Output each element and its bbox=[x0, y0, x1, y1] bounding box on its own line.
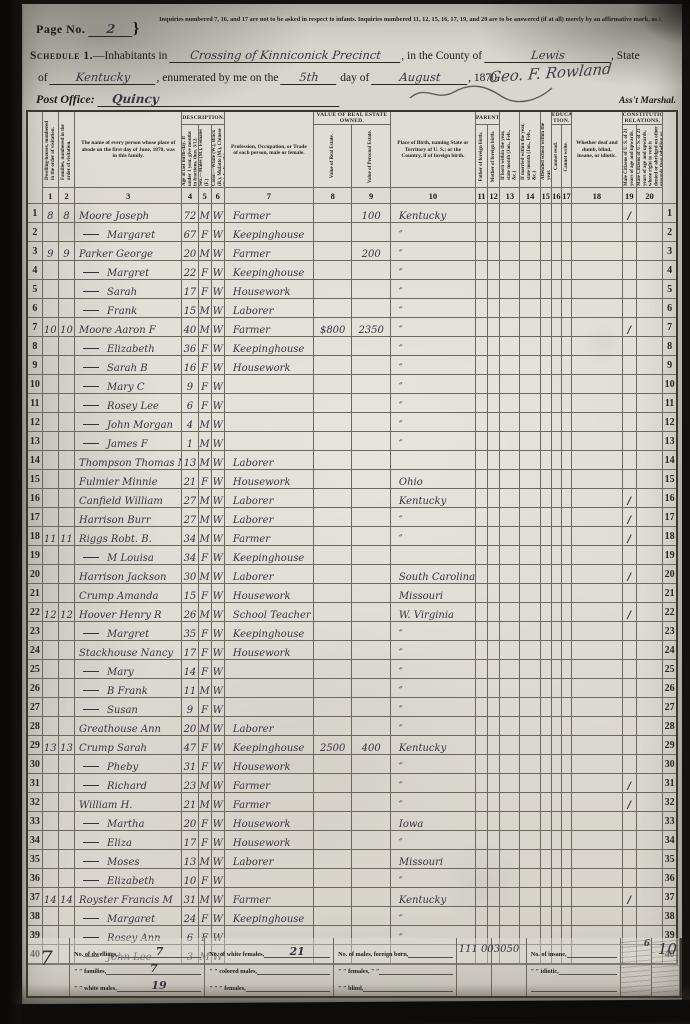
cannot-write-cell bbox=[561, 850, 571, 869]
row-number-cell-right: 7 bbox=[663, 318, 677, 337]
sex-cell: M bbox=[198, 204, 211, 223]
cannot-write-cell bbox=[561, 717, 571, 736]
family-cell bbox=[58, 280, 74, 299]
citizen-mark-cell bbox=[622, 299, 636, 318]
vote-denied-cell bbox=[636, 318, 662, 337]
born-month-cell bbox=[500, 717, 520, 736]
birthplace-cell: ″ bbox=[390, 318, 475, 337]
born-month-cell bbox=[500, 356, 520, 375]
dwelling-cell bbox=[42, 755, 58, 774]
real-estate-cell bbox=[313, 812, 351, 831]
family-cell bbox=[58, 299, 74, 318]
sex-cell: F bbox=[198, 280, 211, 299]
family-cell bbox=[58, 717, 74, 736]
occupation-cell bbox=[224, 432, 313, 451]
color-cell: W bbox=[211, 432, 224, 451]
citizen-mark-cell: / bbox=[622, 318, 636, 337]
occupation-cell: Housework bbox=[224, 584, 313, 603]
personal-estate-cell bbox=[352, 280, 390, 299]
real-estate-cell bbox=[313, 299, 351, 318]
dwelling-cell bbox=[42, 660, 58, 679]
vote-denied-cell bbox=[636, 356, 662, 375]
group-value: VALUE OF REAL ESTATE OWNED. bbox=[313, 111, 390, 125]
color-cell: W bbox=[211, 337, 224, 356]
cannot-read-cell bbox=[551, 717, 561, 736]
occupation-cell: Housework bbox=[224, 356, 313, 375]
form-instructions: Inquiries numbered 7, 16, and 17 are not… bbox=[158, 16, 663, 25]
school-cell bbox=[540, 907, 551, 926]
personal-estate-cell bbox=[352, 850, 390, 869]
cannot-read-cell bbox=[551, 299, 561, 318]
birthplace-cell: ″ bbox=[390, 869, 475, 888]
sex-cell: F bbox=[198, 375, 211, 394]
row-number-cell-right: 17 bbox=[663, 508, 677, 527]
row-number-cell: 1 bbox=[27, 204, 42, 223]
vote-denied-cell bbox=[636, 223, 662, 242]
school-cell bbox=[540, 470, 551, 489]
color-cell: W bbox=[211, 679, 224, 698]
cannot-write-cell bbox=[561, 280, 571, 299]
family-cell bbox=[58, 793, 74, 812]
occupation-cell bbox=[224, 698, 313, 717]
born-month-cell bbox=[500, 337, 520, 356]
vote-denied-cell bbox=[636, 242, 662, 261]
born-month-cell bbox=[500, 204, 520, 223]
family-cell bbox=[58, 394, 74, 413]
tally-value: 7 bbox=[106, 963, 201, 975]
dwelling-cell bbox=[42, 774, 58, 793]
dwelling-cell bbox=[42, 546, 58, 565]
cannot-write-cell bbox=[561, 489, 571, 508]
tally-value bbox=[567, 957, 617, 958]
birthplace-cell bbox=[390, 546, 475, 565]
disability-cell bbox=[572, 831, 623, 850]
family-cell bbox=[58, 869, 74, 888]
personal-estate-cell bbox=[352, 869, 390, 888]
disability-cell bbox=[572, 527, 623, 546]
cannot-write-cell bbox=[561, 584, 571, 603]
name-cell: William H. bbox=[75, 793, 182, 812]
cannot-write-cell bbox=[561, 660, 571, 679]
school-cell bbox=[540, 622, 551, 641]
married-month-cell bbox=[520, 204, 540, 223]
vote-denied-cell bbox=[636, 508, 662, 527]
born-month-cell bbox=[500, 831, 520, 850]
tally-value bbox=[379, 974, 452, 975]
personal-estate-cell: 400 bbox=[352, 736, 390, 755]
table-row: 11Rosey Lee6FW″11 bbox=[27, 394, 677, 413]
sex-cell: M bbox=[198, 451, 211, 470]
cannot-read-cell bbox=[551, 508, 561, 527]
citizen-mark-cell bbox=[622, 869, 636, 888]
citizen-mark-cell bbox=[622, 280, 636, 299]
sex-cell: F bbox=[198, 622, 211, 641]
col-vote-denied-header: Male Citizens of U. S. of 21 years of ag… bbox=[636, 125, 662, 188]
dwelling-cell: 12 bbox=[42, 603, 58, 622]
married-month-cell bbox=[520, 755, 540, 774]
cannot-write-cell bbox=[561, 679, 571, 698]
age-cell: 20 bbox=[182, 717, 198, 736]
name-cell: Rosey Lee bbox=[75, 394, 182, 413]
page-no-value: 2 bbox=[88, 22, 134, 37]
born-month-cell bbox=[500, 736, 520, 755]
row-number-cell-right: 32 bbox=[663, 793, 677, 812]
citizen-mark-cell: / bbox=[622, 774, 636, 793]
color-cell: W bbox=[211, 527, 224, 546]
real-estate-cell bbox=[313, 356, 351, 375]
age-cell: 17 bbox=[182, 280, 198, 299]
citizen-mark-cell bbox=[622, 584, 636, 603]
father-foreign-cell bbox=[475, 375, 487, 394]
born-month-cell bbox=[500, 774, 520, 793]
married-month-cell bbox=[520, 907, 540, 926]
color-cell: W bbox=[211, 204, 224, 223]
column-number: 7 bbox=[224, 188, 313, 204]
sex-cell: M bbox=[198, 717, 211, 736]
age-cell: 9 bbox=[182, 698, 198, 717]
dwelling-cell bbox=[42, 223, 58, 242]
tally-label: ″ ″ females, ″ ″ bbox=[338, 968, 379, 975]
father-foreign-cell bbox=[475, 565, 487, 584]
group-parentage: PARENTAGE. bbox=[475, 111, 499, 125]
citizen-mark-cell: / bbox=[622, 565, 636, 584]
ditto-dash bbox=[83, 633, 99, 634]
citizen-mark-cell bbox=[622, 831, 636, 850]
birthplace-cell: ″ bbox=[390, 432, 475, 451]
mother-foreign-cell bbox=[488, 679, 500, 698]
dwelling-cell bbox=[42, 413, 58, 432]
married-month-cell bbox=[520, 603, 540, 622]
school-cell bbox=[540, 204, 551, 223]
row-number-cell-right: 35 bbox=[663, 850, 677, 869]
row-number-cell: 33 bbox=[27, 812, 42, 831]
name-cell: Crump Amanda bbox=[75, 584, 182, 603]
row-number-cell: 27 bbox=[27, 698, 42, 717]
real-estate-cell bbox=[313, 470, 351, 489]
sex-cell: M bbox=[198, 774, 211, 793]
table-row: 371414Royster Francis M31MWFarmerKentuck… bbox=[27, 888, 677, 907]
column-number: 19 bbox=[622, 188, 636, 204]
mother-foreign-cell bbox=[488, 451, 500, 470]
sex-cell: F bbox=[198, 470, 211, 489]
mother-foreign-cell bbox=[488, 736, 500, 755]
sex-cell: M bbox=[198, 413, 211, 432]
personal-estate-cell bbox=[352, 812, 390, 831]
birthplace-cell: Iowa bbox=[390, 812, 475, 831]
name-cell: Moore Joseph bbox=[75, 204, 182, 223]
col-disability-header: Whether deaf and dumb, blind, insane, or… bbox=[572, 111, 623, 188]
column-number: 18 bbox=[572, 188, 623, 204]
birthplace-cell: ″ bbox=[390, 774, 475, 793]
father-foreign-cell bbox=[475, 337, 487, 356]
married-month-cell bbox=[520, 318, 540, 337]
married-month-cell bbox=[520, 641, 540, 660]
father-foreign-cell bbox=[475, 641, 487, 660]
occupation-cell: Farmer bbox=[224, 888, 313, 907]
occupation-cell bbox=[224, 375, 313, 394]
row-number-cell: 28 bbox=[27, 717, 42, 736]
citizen-mark-cell bbox=[622, 223, 636, 242]
dwelling-cell bbox=[42, 451, 58, 470]
real-estate-cell bbox=[313, 793, 351, 812]
row-number-cell: 7 bbox=[27, 318, 42, 337]
dwelling-cell bbox=[42, 812, 58, 831]
row-number-cell: 35 bbox=[27, 850, 42, 869]
mother-foreign-cell bbox=[488, 204, 500, 223]
father-foreign-cell bbox=[475, 223, 487, 242]
born-month-cell bbox=[500, 261, 520, 280]
mother-foreign-cell bbox=[488, 470, 500, 489]
name-cell: Pheby bbox=[75, 755, 182, 774]
table-row: 71010Moore Aaron F40MWFarmer$8002350″/7 bbox=[27, 318, 677, 337]
dwelling-cell bbox=[42, 508, 58, 527]
family-cell bbox=[58, 375, 74, 394]
marshal-label: Ass't Marshal. bbox=[619, 96, 676, 106]
real-estate-cell bbox=[313, 375, 351, 394]
personal-estate-cell bbox=[352, 793, 390, 812]
row-number-cell-right: 19 bbox=[663, 546, 677, 565]
real-estate-cell bbox=[313, 641, 351, 660]
married-month-cell bbox=[520, 812, 540, 831]
occupation-cell bbox=[224, 394, 313, 413]
real-estate-cell bbox=[313, 242, 351, 261]
scan-left-edge bbox=[0, 0, 24, 1024]
personal-estate-cell bbox=[352, 489, 390, 508]
row-number-cell-right: 10 bbox=[663, 375, 677, 394]
school-cell bbox=[540, 223, 551, 242]
dayof-label: day of bbox=[340, 72, 369, 84]
mother-foreign-cell bbox=[488, 850, 500, 869]
occupation-cell: Farmer bbox=[224, 793, 313, 812]
age-cell: 21 bbox=[182, 793, 198, 812]
tally-margin-value: 7 bbox=[40, 946, 53, 970]
disability-cell bbox=[572, 242, 623, 261]
father-foreign-cell bbox=[475, 603, 487, 622]
disability-cell bbox=[572, 470, 623, 489]
tally-alt-value: 6 bbox=[644, 939, 650, 949]
row-number-cell-right: 13 bbox=[663, 432, 677, 451]
age-cell: 26 bbox=[182, 603, 198, 622]
column-number: 8 bbox=[313, 188, 351, 204]
cannot-read-cell bbox=[551, 337, 561, 356]
disability-cell bbox=[572, 451, 623, 470]
citizen-mark-cell bbox=[622, 451, 636, 470]
row-number-cell: 32 bbox=[27, 793, 42, 812]
table-row: 27Susan9FW″27 bbox=[27, 698, 677, 717]
school-cell bbox=[540, 774, 551, 793]
col-birthplace-header: Place of Birth, naming State or Territor… bbox=[390, 111, 475, 188]
vote-denied-cell bbox=[636, 375, 662, 394]
cannot-write-cell bbox=[561, 470, 571, 489]
family-cell bbox=[58, 261, 74, 280]
vote-denied-cell bbox=[636, 299, 662, 318]
row-number-cell-right: 34 bbox=[663, 831, 677, 850]
occupation-cell: Farmer bbox=[224, 242, 313, 261]
cannot-read-cell bbox=[551, 223, 561, 242]
born-month-cell bbox=[500, 698, 520, 717]
cannot-write-cell bbox=[561, 793, 571, 812]
cannot-read-cell bbox=[551, 527, 561, 546]
married-month-cell bbox=[520, 869, 540, 888]
row-number-cell-right: 15 bbox=[663, 470, 677, 489]
col-color-header: Color.—White (W.), Black (B.), Mulatto (… bbox=[211, 125, 224, 188]
age-cell: 35 bbox=[182, 622, 198, 641]
mother-foreign-cell bbox=[488, 584, 500, 603]
row-number-cell: 24 bbox=[27, 641, 42, 660]
disability-cell bbox=[572, 280, 623, 299]
column-number: 10 bbox=[390, 188, 475, 204]
born-month-cell bbox=[500, 565, 520, 584]
sex-cell: F bbox=[198, 356, 211, 375]
color-cell: W bbox=[211, 394, 224, 413]
real-estate-cell bbox=[313, 831, 351, 850]
table-row: 13James F1MW″13 bbox=[27, 432, 677, 451]
cannot-read-cell bbox=[551, 242, 561, 261]
citizen-mark-cell bbox=[622, 641, 636, 660]
enum-text: , enumerated by me on the bbox=[156, 72, 278, 84]
disability-cell bbox=[572, 413, 623, 432]
born-month-cell bbox=[500, 375, 520, 394]
school-cell bbox=[540, 242, 551, 261]
table-row: 12John Morgan4MW″12 bbox=[27, 413, 677, 432]
col-male-citizen-header: Male Citizens of U. S. of 21 years of ag… bbox=[622, 125, 636, 188]
father-foreign-cell bbox=[475, 888, 487, 907]
disability-cell bbox=[572, 622, 623, 641]
married-month-cell bbox=[520, 565, 540, 584]
school-cell bbox=[540, 888, 551, 907]
school-cell bbox=[540, 660, 551, 679]
sex-cell: F bbox=[198, 698, 211, 717]
occupation-cell: Housework bbox=[224, 755, 313, 774]
row-number-cell: 4 bbox=[27, 261, 42, 280]
school-cell bbox=[540, 527, 551, 546]
occupation-cell: Keepinghouse bbox=[224, 622, 313, 641]
disability-cell bbox=[572, 223, 623, 242]
citizen-mark-cell bbox=[622, 622, 636, 641]
mother-foreign-cell bbox=[488, 527, 500, 546]
citizen-mark-cell bbox=[622, 375, 636, 394]
real-estate-cell bbox=[313, 565, 351, 584]
birthplace-cell: ″ bbox=[390, 375, 475, 394]
ditto-dash bbox=[83, 424, 99, 425]
row-number-cell-right: 1 bbox=[663, 204, 677, 223]
row-number-cell-right: 33 bbox=[663, 812, 677, 831]
name-cell: Mary C bbox=[75, 375, 182, 394]
real-estate-cell bbox=[313, 907, 351, 926]
married-month-cell bbox=[520, 888, 540, 907]
mother-foreign-cell bbox=[488, 242, 500, 261]
tally-value bbox=[408, 957, 452, 958]
disability-cell bbox=[572, 318, 623, 337]
cannot-write-cell bbox=[561, 527, 571, 546]
tally-value: 21 bbox=[264, 946, 330, 958]
school-cell bbox=[540, 394, 551, 413]
name-cell: Susan bbox=[75, 698, 182, 717]
vote-denied-cell bbox=[636, 546, 662, 565]
name-cell: Parker George bbox=[75, 242, 182, 261]
occupation-cell: Laborer bbox=[224, 489, 313, 508]
row-number-cell-right: 11 bbox=[663, 394, 677, 413]
real-estate-cell bbox=[313, 204, 351, 223]
citizen-mark-cell bbox=[622, 679, 636, 698]
personal-estate-cell: 100 bbox=[352, 204, 390, 223]
row-number-cell: 20 bbox=[27, 565, 42, 584]
age-cell: 13 bbox=[182, 850, 198, 869]
born-month-cell bbox=[500, 527, 520, 546]
sex-cell: F bbox=[198, 831, 211, 850]
name-cell: Harrison Jackson bbox=[75, 565, 182, 584]
school-cell bbox=[540, 318, 551, 337]
personal-estate-cell bbox=[352, 603, 390, 622]
personal-estate-cell bbox=[352, 660, 390, 679]
table-row: 5Sarah17FWHousework″5 bbox=[27, 280, 677, 299]
ditto-dash bbox=[83, 880, 99, 881]
personal-estate-cell bbox=[352, 774, 390, 793]
ditto-dash bbox=[83, 690, 99, 691]
school-cell bbox=[540, 280, 551, 299]
father-foreign-cell bbox=[475, 717, 487, 736]
family-cell bbox=[58, 622, 74, 641]
cannot-read-cell bbox=[551, 603, 561, 622]
real-estate-cell bbox=[313, 394, 351, 413]
name-cell: Martha bbox=[75, 812, 182, 831]
sex-cell: M bbox=[198, 565, 211, 584]
vote-denied-cell bbox=[636, 888, 662, 907]
birthplace-cell: ″ bbox=[390, 299, 475, 318]
personal-estate-cell bbox=[352, 508, 390, 527]
color-cell: W bbox=[211, 375, 224, 394]
dwelling-cell bbox=[42, 375, 58, 394]
birthplace-cell: ″ bbox=[390, 717, 475, 736]
disability-cell bbox=[572, 888, 623, 907]
mother-foreign-cell bbox=[488, 337, 500, 356]
group-education: EDUCA-TION. bbox=[551, 111, 571, 125]
tally-label: No. of dwellings, bbox=[74, 951, 118, 958]
family-cell bbox=[58, 584, 74, 603]
color-cell: W bbox=[211, 261, 224, 280]
father-foreign-cell bbox=[475, 907, 487, 926]
table-row: 19M Louisa34FWKeepinghouse19 bbox=[27, 546, 677, 565]
name-cell: John Morgan bbox=[75, 413, 182, 432]
ditto-dash bbox=[83, 272, 99, 273]
married-month-cell bbox=[520, 337, 540, 356]
cannot-read-cell bbox=[551, 622, 561, 641]
color-cell: W bbox=[211, 546, 224, 565]
mother-foreign-cell bbox=[488, 660, 500, 679]
row-number-cell-right: 20 bbox=[663, 565, 677, 584]
occupation-cell: Housework bbox=[224, 831, 313, 850]
citizen-mark-cell bbox=[622, 242, 636, 261]
age-cell: 27 bbox=[182, 508, 198, 527]
married-month-cell bbox=[520, 698, 540, 717]
family-cell: 10 bbox=[58, 318, 74, 337]
citizen-mark-cell bbox=[622, 755, 636, 774]
vote-denied-cell bbox=[636, 603, 662, 622]
father-foreign-cell bbox=[475, 318, 487, 337]
name-cell: Canfield William bbox=[75, 489, 182, 508]
cannot-write-cell bbox=[561, 736, 571, 755]
cannot-write-cell bbox=[561, 774, 571, 793]
age-cell: 34 bbox=[182, 546, 198, 565]
schedule-text: —Inhabitants in bbox=[93, 50, 167, 62]
birthplace-cell: ″ bbox=[390, 755, 475, 774]
cannot-write-cell bbox=[561, 318, 571, 337]
personal-estate-cell bbox=[352, 299, 390, 318]
married-month-cell bbox=[520, 223, 540, 242]
color-cell: W bbox=[211, 755, 224, 774]
family-cell: 8 bbox=[58, 204, 74, 223]
age-cell: 21 bbox=[182, 470, 198, 489]
